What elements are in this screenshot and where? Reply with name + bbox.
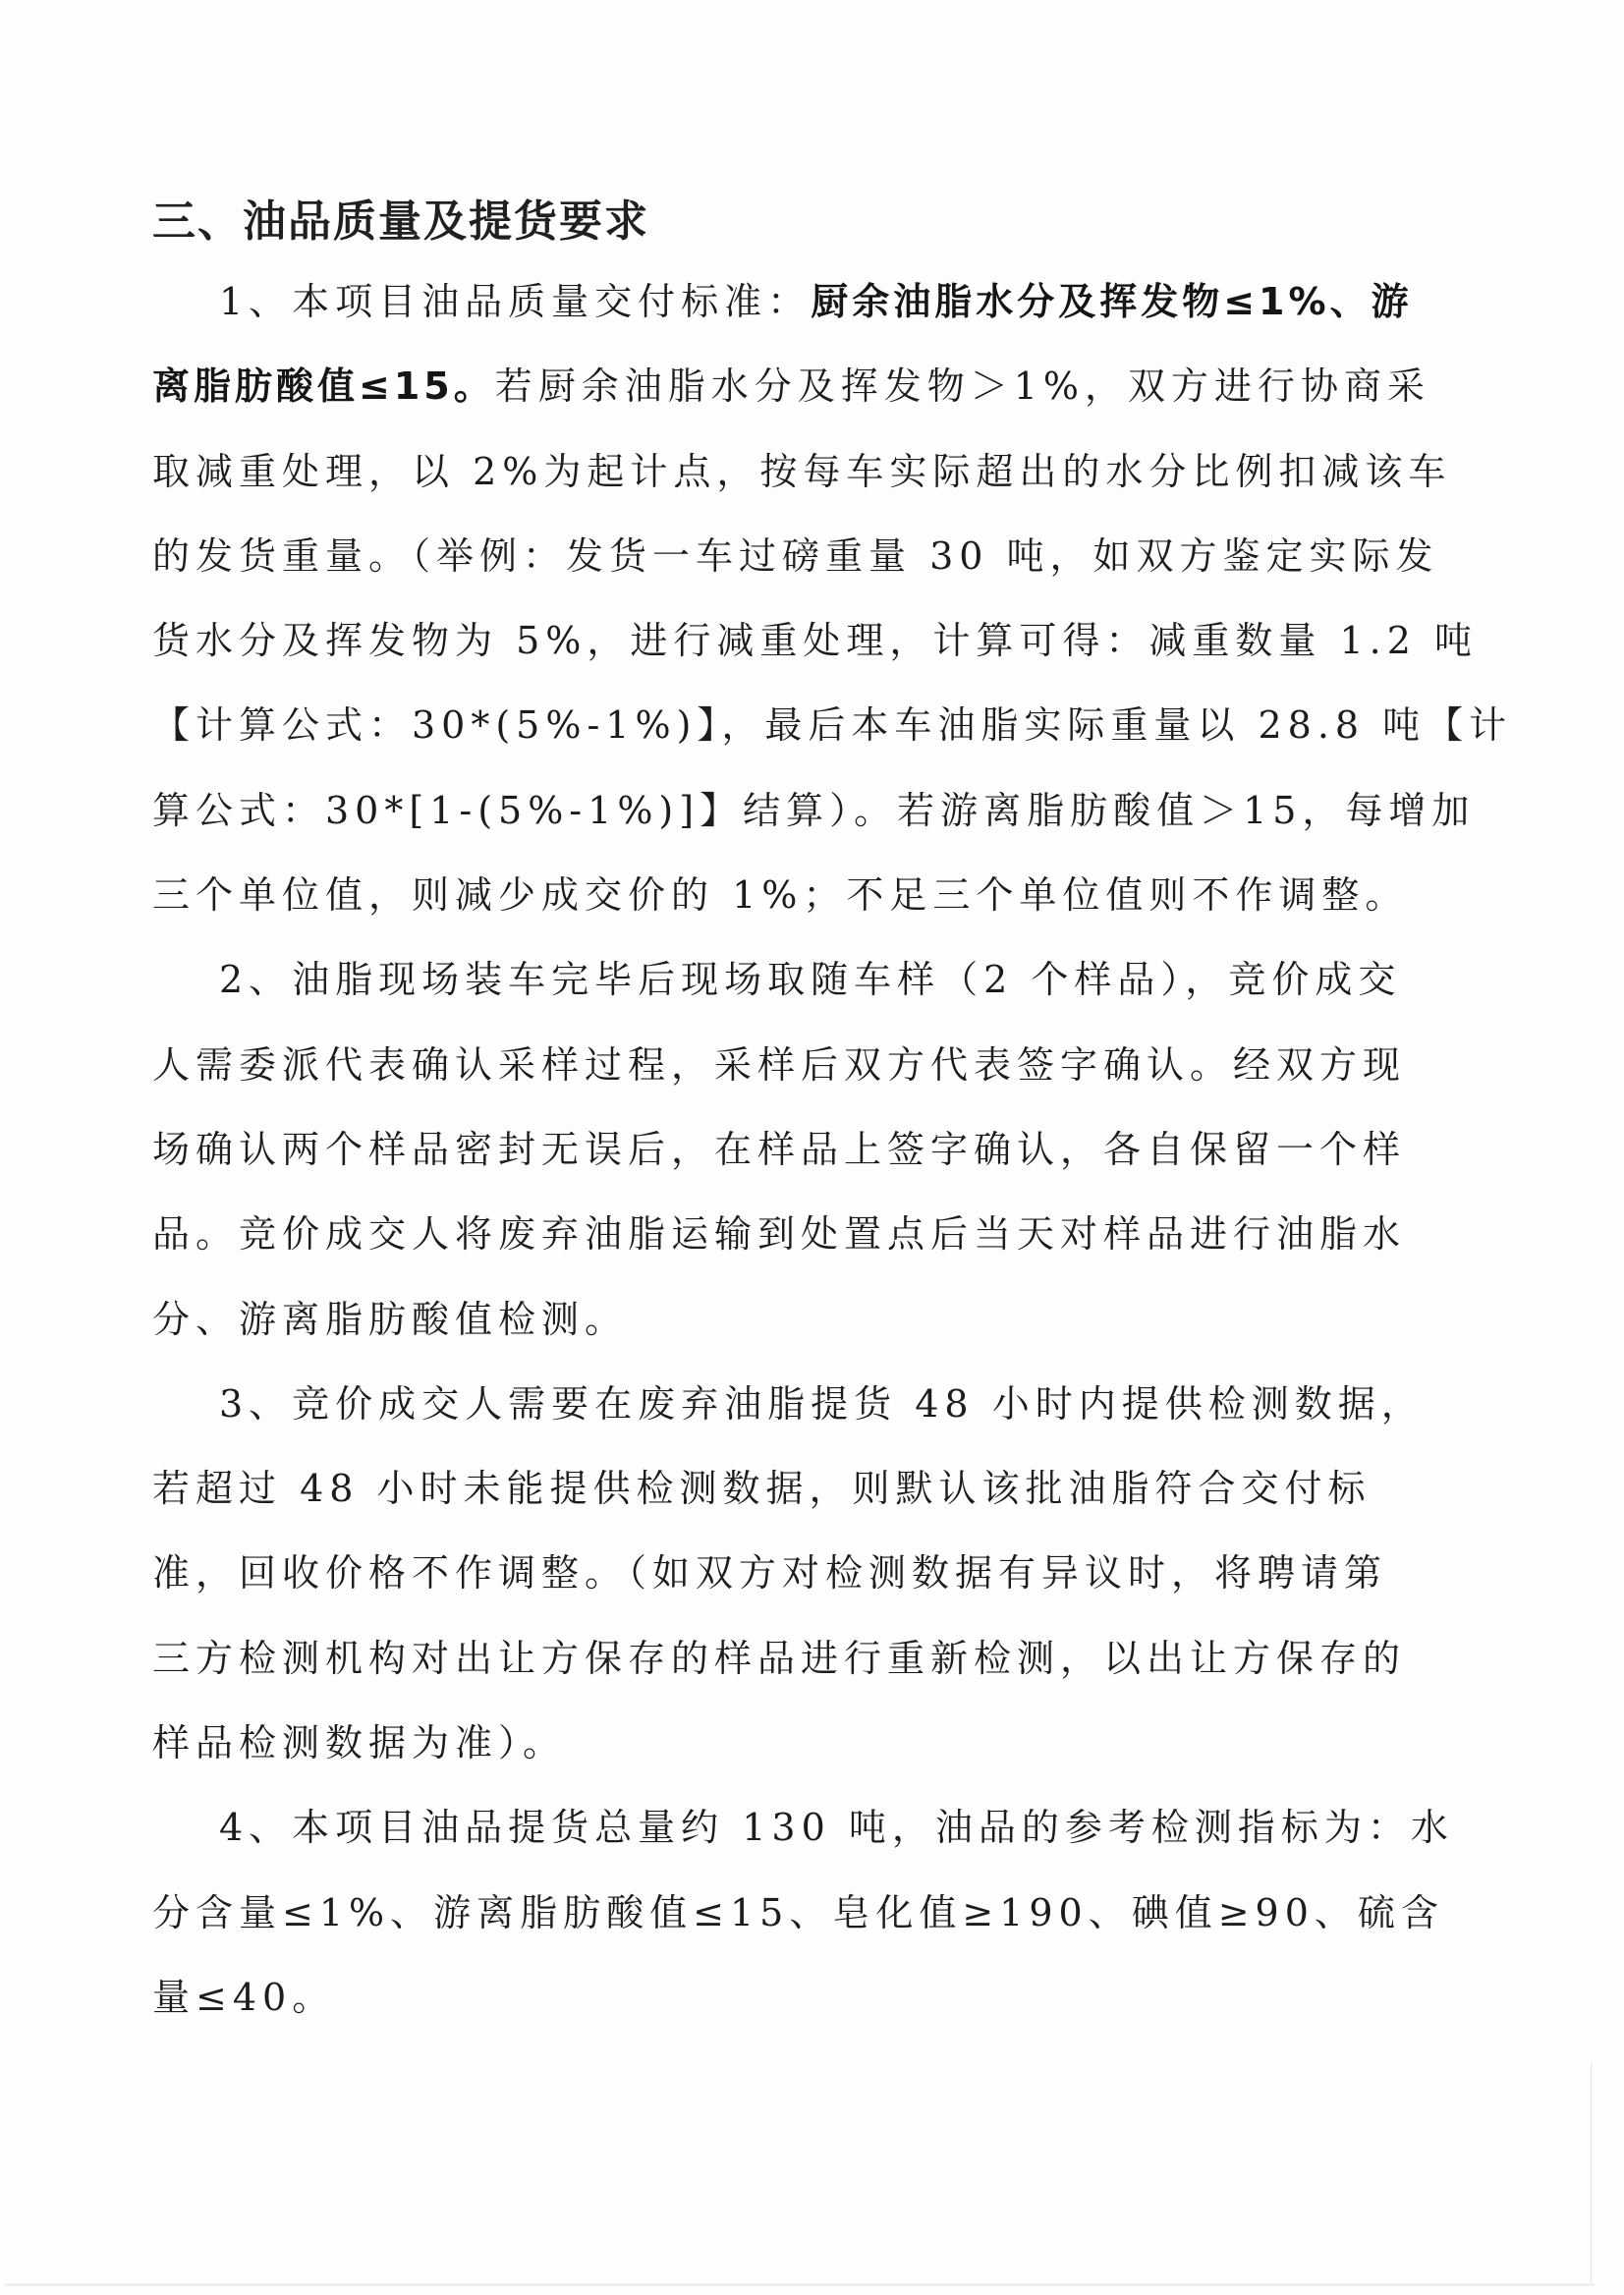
text-run: 场确认两个样品密封无误后，在样品上签字确认，各自保留一个样 (152, 1128, 1406, 1171)
text-run: 品。竞价成交人将废弃油脂运输到处置点后当天对样品进行油脂水 (152, 1212, 1406, 1256)
paragraph-4: 4、本项目油品提货总量约 130 吨，油品的参考检测指标为：水 分含量≤1%、游… (152, 1804, 1469, 2058)
text-line: 场确认两个样品密封无误后，在样品上签字确认，各自保留一个样 (152, 1126, 1469, 1210)
text-run: 分含量≤1%、游离脂肪酸值≤15、皂化值≥190、碘值≥90、硫含 (152, 1891, 1444, 1934)
text-run: 三个单位值，则减少成交价的 1%；不足三个单位值则不作调整。 (152, 873, 1408, 917)
text-line: 【计算公式：30*(5%-1%)】，最后本车油脂实际重量以 28.8 吨【计 (152, 701, 1469, 786)
text-line: 三方检测机构对出让方保存的样品进行重新检测，以出让方保存的 (152, 1635, 1469, 1719)
text-run: 算公式：30*[1-(5%-1%)]】结算）。若游离脂肪酸值＞15，每增加 (152, 789, 1475, 832)
text-line: 分含量≤1%、游离脂肪酸值≤15、皂化值≥190、碘值≥90、硫含 (152, 1889, 1469, 1974)
paragraph-2: 2、油脂现场装车完毕后现场取随车样（2 个样品），竞价成交 人需委派代表确认采样… (152, 956, 1469, 1379)
text-line: 的发货重量。（举例：发货一车过磅重量 30 吨，如双方鉴定实际发 (152, 532, 1469, 617)
text-run: 若厨余油脂水分及挥发物＞1%，双方进行协商采 (495, 364, 1430, 408)
text-line: 2、油脂现场装车完毕后现场取随车样（2 个样品），竞价成交 (152, 956, 1469, 1040)
text-line: 三个单位值，则减少成交价的 1%；不足三个单位值则不作调整。 (152, 871, 1469, 956)
text-run: 取减重处理，以 2%为起计点，按每车实际超出的水分比例扣减该车 (152, 450, 1451, 493)
text-line: 若超过 48 小时未能提供检测数据，则默认该批油脂符合交付标 (152, 1465, 1469, 1549)
text-run: 货水分及挥发物为 5%，进行减重处理，计算可得：减重数量 1.2 吨 (152, 619, 1478, 662)
text-line: 4、本项目油品提货总量约 130 吨，油品的参考检测指标为：水 (152, 1804, 1469, 1888)
text-run: 的发货重量。（举例：发货一车过磅重量 30 吨，如双方鉴定实际发 (152, 534, 1439, 578)
text-run: 1、本项目油品质量交付标准： (219, 280, 811, 323)
text-run: 样品检测数据为准）。 (152, 1721, 566, 1764)
text-run: 2、油脂现场装车完毕后现场取随车样（2 个样品），竞价成交 (219, 958, 1401, 1001)
text-line: 货水分及挥发物为 5%，进行减重处理，计算可得：减重数量 1.2 吨 (152, 617, 1469, 701)
text-line: 3、竞价成交人需要在废弃油脂提货 48 小时内提供检测数据， (152, 1380, 1469, 1465)
section-heading: 三、油品质量及提货要求 (152, 195, 649, 250)
text-line: 量≤40。 (152, 1974, 1469, 2058)
text-line: 1、本项目油品质量交付标准：厨余油脂水分及挥发物≤1%、游 (152, 278, 1469, 363)
text-run: 3、竞价成交人需要在废弃油脂提货 48 小时内提供检测数据， (219, 1382, 1425, 1426)
scanned-page: 三、油品质量及提货要求 1、本项目油品质量交付标准：厨余油脂水分及挥发物≤1%、… (0, 0, 1624, 2295)
text-run: 准，回收价格不作调整。（如双方对检测数据有异议时，将聘请第 (152, 1551, 1387, 1595)
scan-edge-divider (1591, 2063, 1592, 2285)
text-line: 人需委派代表确认采样过程，采样后双方代表签字确认。经双方现 (152, 1041, 1469, 1126)
text-run: 三方检测机构对出让方保存的样品进行重新检测，以出让方保存的 (152, 1637, 1406, 1680)
bold-text-run: 厨余油脂水分及挥发物≤1%、游 (811, 280, 1412, 323)
body-text: 1、本项目油品质量交付标准：厨余油脂水分及挥发物≤1%、游 离脂肪酸值≤15。若… (152, 278, 1469, 2058)
paragraph-3: 3、竞价成交人需要在废弃油脂提货 48 小时内提供检测数据， 若超过 48 小时… (152, 1380, 1469, 1804)
text-line: 准，回收价格不作调整。（如双方对检测数据有异议时，将聘请第 (152, 1549, 1469, 1634)
text-run: 4、本项目油品提货总量约 130 吨，油品的参考检测指标为：水 (219, 1806, 1454, 1849)
text-line: 算公式：30*[1-(5%-1%)]】结算）。若游离脂肪酸值＞15，每增加 (152, 787, 1469, 871)
text-line: 分、游离脂肪酸值检测。 (152, 1296, 1469, 1380)
text-line: 离脂肪酸值≤15。若厨余油脂水分及挥发物＞1%，双方进行协商采 (152, 363, 1469, 447)
paragraph-1: 1、本项目油品质量交付标准：厨余油脂水分及挥发物≤1%、游 离脂肪酸值≤15。若… (152, 278, 1469, 956)
text-run: 分、游离脂肪酸值检测。 (152, 1298, 628, 1341)
text-run: 量≤40。 (152, 1976, 335, 2019)
text-run: 【计算公式：30*(5%-1%)】，最后本车油脂实际重量以 28.8 吨【计 (152, 703, 1512, 747)
text-run: 人需委派代表确认采样过程，采样后双方代表签字确认。经双方现 (152, 1043, 1406, 1087)
text-line: 样品检测数据为准）。 (152, 1719, 1469, 1804)
text-line: 取减重处理，以 2%为起计点，按每车实际超出的水分比例扣减该车 (152, 448, 1469, 532)
bold-text-run: 离脂肪酸值≤15。 (152, 364, 495, 408)
scan-edge-divider (4, 2283, 1595, 2286)
text-run: 若超过 48 小时未能提供检测数据，则默认该批油脂符合交付标 (152, 1467, 1372, 1510)
text-line: 品。竞价成交人将废弃油脂运输到处置点后当天对样品进行油脂水 (152, 1210, 1469, 1295)
